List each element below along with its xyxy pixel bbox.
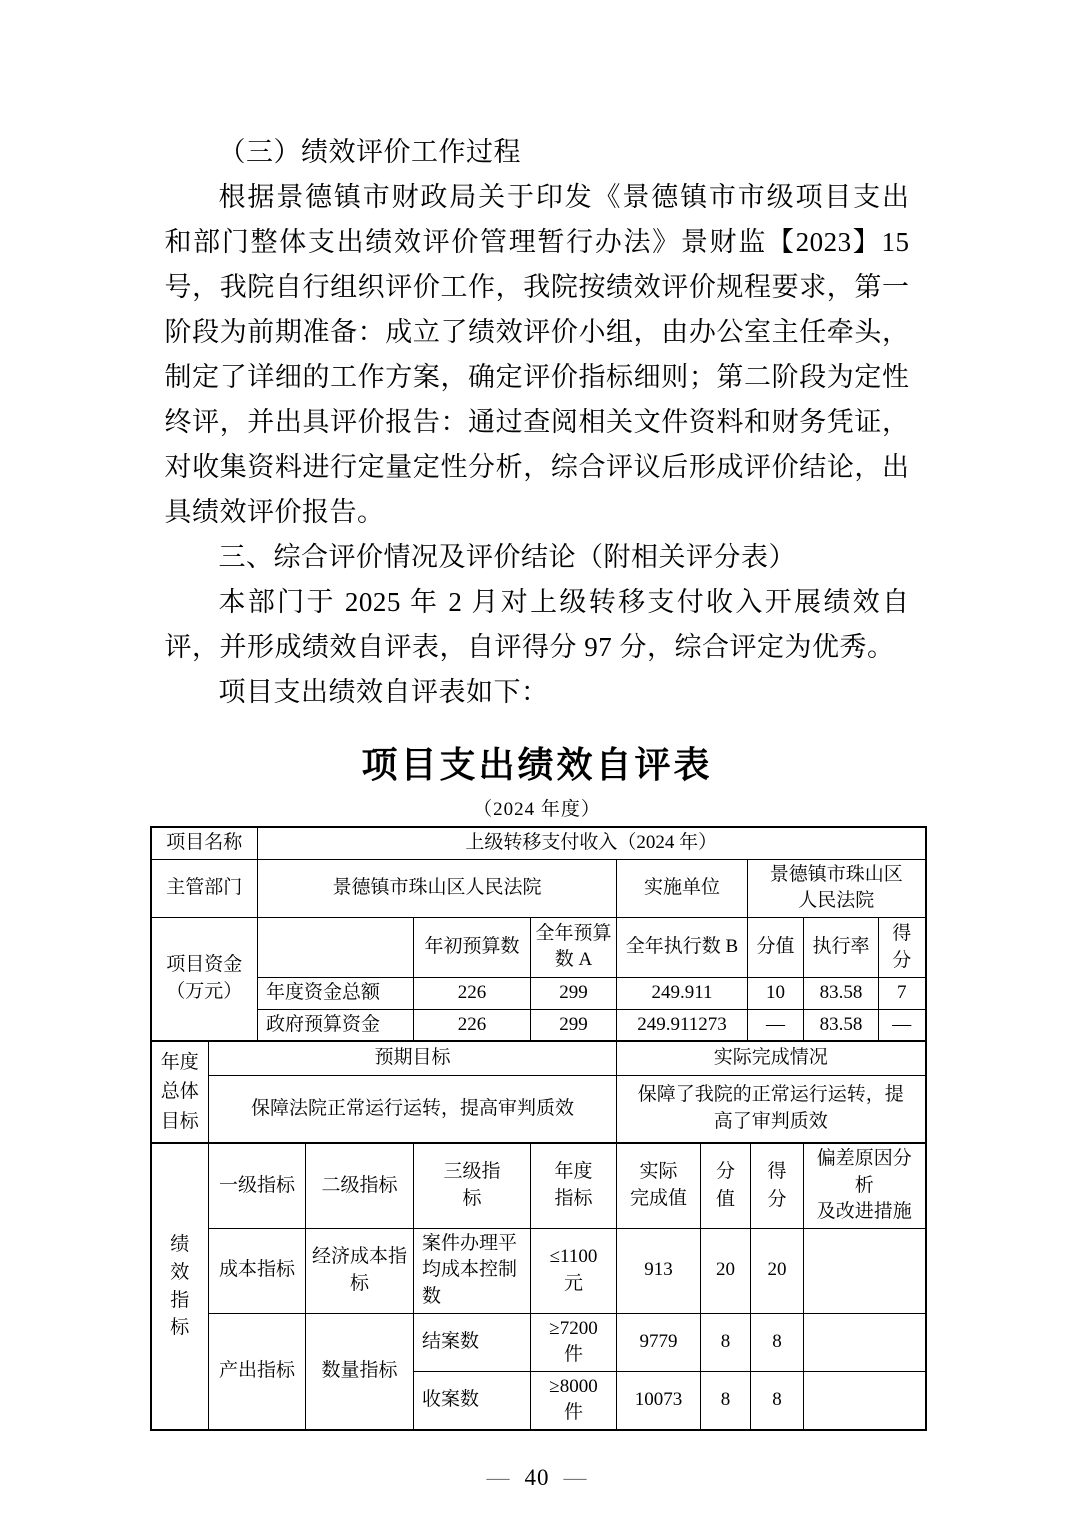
page-number: —40—	[0, 1465, 1074, 1491]
paragraph-line: 具绩效评价报告。	[165, 490, 910, 535]
perf-filed-cases-deviation	[804, 1371, 926, 1430]
paragraph-block: （三）绩效评价工作过程 根据景德镇市财政局关于印发《景德镇市市级项目支出 和部门…	[165, 0, 910, 715]
self-evaluation-table-goal: 年度总体目标 预期目标 实际完成情况 保障法院正常运行运转，提高审判质效 保障了…	[150, 1040, 927, 1144]
paragraph-line: 和部门整体支出绩效评价管理暂行办法》景财监【2023】15	[165, 220, 910, 265]
funds-row-total-label: 年度资金总额	[258, 977, 414, 1009]
goal-actual-value: 保障了我院的正常运行运转，提 高了审判质效	[617, 1075, 926, 1143]
perf-header-deviation: 偏差原因分析 及改进措施	[804, 1143, 926, 1228]
funds-row-total-score: 7	[879, 977, 926, 1009]
perf-header-level1: 一级指标	[209, 1143, 306, 1228]
perf-header-score: 得分	[751, 1143, 804, 1228]
heading-comprehensive-evaluation: 三、综合评价情况及评价结论（附相关评分表）	[165, 535, 910, 580]
impl-unit-value: 景德镇市珠山区 人民法院	[748, 859, 926, 917]
funds-row-gov-points: —	[748, 1009, 804, 1041]
page-number-value: 40	[525, 1465, 550, 1490]
impl-unit-label: 实施单位	[617, 859, 748, 917]
perf-closed-cases-actual: 9779	[617, 1313, 701, 1371]
perf-cost-level3: 案件办理平 均成本控制 数	[414, 1228, 531, 1313]
perf-closed-cases-score: 8	[751, 1313, 804, 1371]
funds-header-score: 得分	[879, 917, 926, 977]
perf-cost-target: ≤1100 元	[531, 1228, 617, 1313]
funds-header-executed: 全年执行数 B	[617, 917, 748, 977]
perf-cost-points: 20	[701, 1228, 751, 1313]
funds-row-gov-initial: 226	[414, 1009, 531, 1041]
funds-header-points: 分值	[748, 917, 804, 977]
table-title: 项目支出绩效自评表	[150, 737, 925, 788]
perf-filed-cases-points: 8	[701, 1371, 751, 1430]
self-evaluation-table-indicators: 绩效指标 一级指标 二级指标 三级指 标 年度 指标 实际 完成值 分值 得分 …	[150, 1142, 927, 1431]
funds-header-annual-budget: 全年预算 数 A	[531, 917, 617, 977]
paragraph-line: 本部门于 2025 年 2 月对上级转移支付收入开展绩效自	[165, 580, 910, 625]
goal-expected-header: 预期目标	[209, 1041, 617, 1075]
paragraph-line: 对收集资料进行定量定性分析，综合评议后形成评价结论，出	[165, 445, 910, 490]
perf-label: 绩效指标	[151, 1143, 209, 1430]
perf-header-points: 分值	[701, 1143, 751, 1228]
perf-output-level2: 数量指标	[306, 1313, 414, 1430]
perf-cost-deviation	[804, 1228, 926, 1313]
funds-row-gov-annual: 299	[531, 1009, 617, 1041]
funds-row-total-rate: 83.58	[804, 977, 879, 1009]
funds-row-gov-rate: 83.58	[804, 1009, 879, 1041]
paragraph-line: 制定了详细的工作方案，确定评价指标细则；第二阶段为定性	[165, 355, 910, 400]
document-page: （三）绩效评价工作过程 根据景德镇市财政局关于印发《景德镇市市级项目支出 和部门…	[0, 0, 1074, 1520]
funds-row-gov-executed: 249.911273	[617, 1009, 748, 1041]
page-number-dash-left: —	[473, 1465, 525, 1490]
paragraph-line: 根据景德镇市财政局关于印发《景德镇市市级项目支出	[165, 175, 910, 220]
perf-header-target: 年度 指标	[531, 1143, 617, 1228]
perf-filed-cases-actual: 10073	[617, 1371, 701, 1430]
perf-closed-cases-target: ≥7200 件	[531, 1313, 617, 1371]
goal-label: 年度总体目标	[151, 1041, 209, 1143]
heading-evaluation-process: （三）绩效评价工作过程	[165, 130, 910, 175]
project-name-value: 上级转移支付收入（2024 年）	[258, 827, 926, 859]
perf-cost-level2: 经济成本指 标	[306, 1228, 414, 1313]
perf-filed-cases-target: ≥8000 件	[531, 1371, 617, 1430]
perf-header-actual: 实际 完成值	[617, 1143, 701, 1228]
document-content: （三）绩效评价工作过程 根据景德镇市财政局关于印发《景德镇市市级项目支出 和部门…	[150, 0, 925, 1431]
perf-closed-cases-deviation	[804, 1313, 926, 1371]
perf-header-level2: 二级指标	[306, 1143, 414, 1228]
funds-label: 项目资金 （万元）	[151, 917, 258, 1041]
funds-header-rate: 执行率	[804, 917, 879, 977]
paragraph-line: 号，我院自行组织评价工作，我院按绩效评价规程要求，第一	[165, 265, 910, 310]
page-number-dash-right: —	[550, 1465, 602, 1490]
funds-header-initial-budget: 年初预算数	[414, 917, 531, 977]
dept-value: 景德镇市珠山区人民法院	[258, 859, 617, 917]
paragraph-line: 评，并形成绩效自评表，自评得分 97 分，综合评定为优秀。	[165, 625, 910, 670]
funds-row-gov-score: —	[879, 1009, 926, 1041]
funds-row-total-executed: 249.911	[617, 977, 748, 1009]
perf-header-level3: 三级指 标	[414, 1143, 531, 1228]
perf-filed-cases-label: 收案数	[414, 1371, 531, 1430]
perf-cost-score: 20	[751, 1228, 804, 1313]
dept-label: 主管部门	[151, 859, 258, 917]
funds-row-total-annual: 299	[531, 977, 617, 1009]
goal-actual-header: 实际完成情况	[617, 1041, 926, 1075]
perf-closed-cases-label: 结案数	[414, 1313, 531, 1371]
funds-blank-cell	[258, 917, 414, 977]
funds-row-gov-label: 政府预算资金	[258, 1009, 414, 1041]
perf-cost-actual: 913	[617, 1228, 701, 1313]
self-evaluation-table-top: 项目名称 上级转移支付收入（2024 年） 主管部门 景德镇市珠山区人民法院 实…	[150, 826, 927, 1042]
table-subtitle: （2024 年度）	[150, 794, 925, 821]
paragraph-line: 终评，并出具评价报告：通过查阅相关文件资料和财务凭证，	[165, 400, 910, 445]
funds-row-total-initial: 226	[414, 977, 531, 1009]
perf-output-level1: 产出指标	[209, 1313, 306, 1430]
perf-cost-level1: 成本指标	[209, 1228, 306, 1313]
funds-row-total-points: 10	[748, 977, 804, 1009]
paragraph-line: 阶段为前期准备：成立了绩效评价小组，由办公室主任牵头，	[165, 310, 910, 355]
perf-closed-cases-points: 8	[701, 1313, 751, 1371]
goal-expected-value: 保障法院正常运行运转，提高审判质效	[209, 1075, 617, 1143]
perf-filed-cases-score: 8	[751, 1371, 804, 1430]
paragraph-line: 项目支出绩效自评表如下：	[165, 670, 910, 715]
project-name-label: 项目名称	[151, 827, 258, 859]
